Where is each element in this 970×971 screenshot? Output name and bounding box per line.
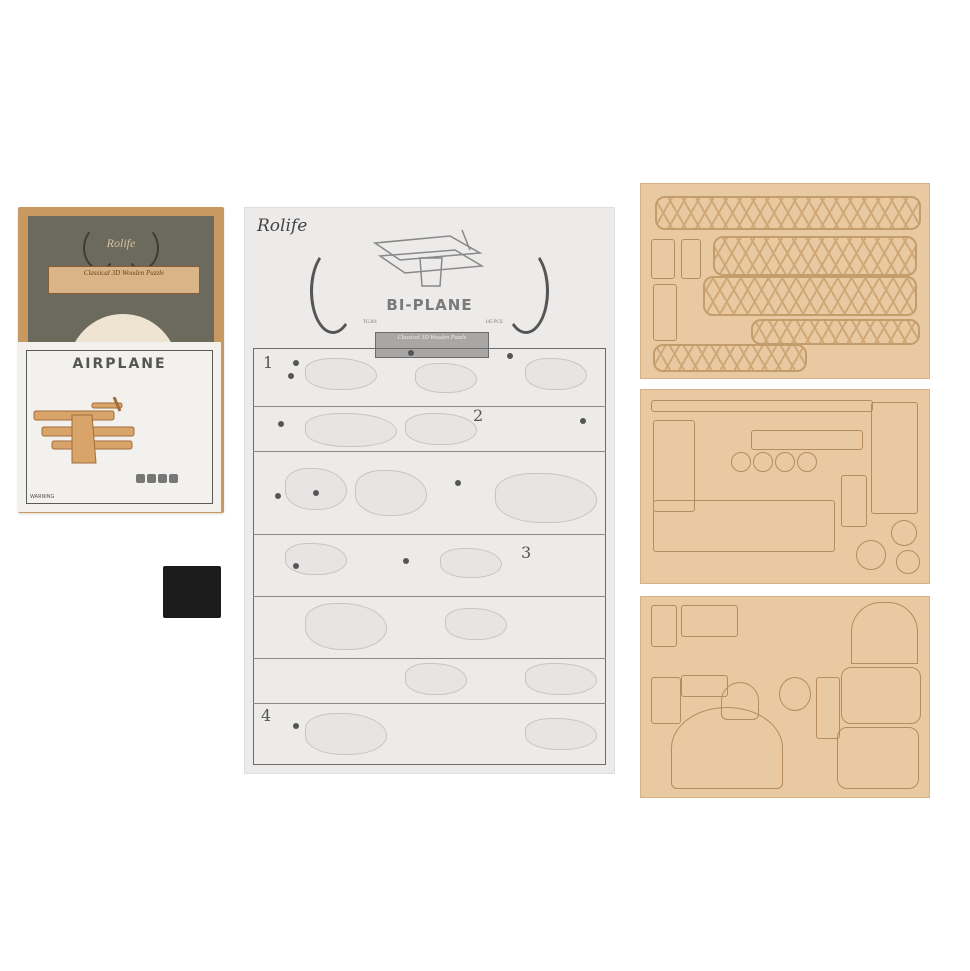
product-box: Rolife Classical 3D Wooden Puzzle AIRPLA… bbox=[18, 207, 224, 513]
slat-parts bbox=[651, 677, 681, 724]
laurel-right-icon bbox=[503, 248, 549, 334]
part-callout-dot bbox=[278, 421, 284, 427]
magnet-square bbox=[163, 566, 221, 618]
biplane-sketch-icon bbox=[370, 228, 490, 288]
wood-board-wheels bbox=[640, 389, 930, 584]
nose-part bbox=[816, 677, 840, 739]
assembly-diagram bbox=[405, 413, 477, 445]
assembly-diagram bbox=[525, 663, 597, 695]
wood-board-fuselage bbox=[640, 596, 930, 798]
tail-fin-part bbox=[651, 239, 675, 279]
frame-part bbox=[751, 430, 863, 450]
row-divider bbox=[253, 451, 606, 452]
stand-part bbox=[671, 707, 783, 789]
laurel-left-icon bbox=[310, 248, 356, 334]
part-callout-dot bbox=[403, 558, 409, 564]
part-callout-dot bbox=[455, 480, 461, 486]
airplane-model-icon bbox=[32, 397, 142, 467]
frame-part bbox=[681, 605, 738, 637]
lower-wing-part bbox=[703, 276, 917, 316]
sheet-brand-logo: Rolife bbox=[257, 216, 307, 236]
box-top-panel: Rolife Classical 3D Wooden Puzzle bbox=[28, 216, 214, 346]
piece-count: 145 PCS bbox=[485, 320, 503, 325]
part-callout-dot bbox=[275, 493, 281, 499]
assembly-diagram bbox=[285, 543, 347, 575]
row-divider bbox=[253, 658, 606, 659]
wheel-part bbox=[797, 452, 817, 472]
part-callout-dot bbox=[288, 373, 294, 379]
box-brand-logo: Rolife bbox=[28, 236, 214, 251]
sheet-title: BI-PLANE bbox=[245, 296, 614, 314]
gear-part bbox=[856, 540, 886, 570]
model-code: TG301 bbox=[363, 320, 377, 325]
wood-board-wings bbox=[640, 183, 930, 379]
box-sleeve: AIRPLANE WARNING bbox=[18, 342, 221, 512]
assembly-diagram bbox=[305, 713, 387, 755]
assembly-diagram bbox=[305, 413, 397, 447]
assembly-diagram bbox=[305, 603, 387, 650]
fuselage-strip-part bbox=[653, 284, 677, 341]
warning-label: WARNING bbox=[30, 494, 54, 500]
assembly-diagram bbox=[445, 608, 507, 640]
wheel-part bbox=[753, 452, 773, 472]
middle-wing-part bbox=[713, 236, 917, 276]
tail-plane-part bbox=[851, 602, 918, 664]
bracket-part bbox=[841, 475, 867, 527]
bracket-part bbox=[651, 605, 677, 647]
panel-part bbox=[841, 667, 921, 724]
feature-icons bbox=[136, 474, 178, 483]
part-callout-dot bbox=[313, 490, 319, 496]
wheel-part bbox=[731, 452, 751, 472]
sheet-ribbon-text: Classical 3D Wooden Puzzle bbox=[398, 335, 467, 341]
instruction-sheet: Rolife BI-PLANE TG301 145 PCS Classical … bbox=[244, 207, 615, 774]
step-number: 4 bbox=[261, 706, 271, 725]
assembly-diagram bbox=[525, 718, 597, 750]
gear-part bbox=[891, 520, 917, 546]
strut-part bbox=[751, 319, 920, 345]
upper-wing-part bbox=[655, 196, 921, 230]
propeller-part bbox=[871, 402, 918, 514]
rib-parts bbox=[653, 500, 835, 552]
assembly-diagram bbox=[525, 358, 587, 390]
row-divider bbox=[253, 703, 606, 704]
part-callout-dot bbox=[293, 563, 299, 569]
part-callout-dot bbox=[408, 350, 414, 356]
assembly-diagram bbox=[355, 470, 427, 516]
rail-part bbox=[651, 400, 873, 412]
row-divider bbox=[253, 534, 606, 535]
row-divider bbox=[253, 406, 606, 407]
step-number: 3 bbox=[521, 543, 531, 562]
assembly-diagram bbox=[405, 663, 467, 695]
box-ribbon-text: Classical 3D Wooden Puzzle bbox=[84, 269, 164, 277]
sleeve-title: AIRPLANE bbox=[18, 356, 221, 372]
assembly-diagram bbox=[305, 358, 377, 390]
strut-part bbox=[653, 420, 695, 512]
part-callout-dot bbox=[580, 418, 586, 424]
step-number: 1 bbox=[263, 353, 273, 372]
part-callout-dot bbox=[293, 360, 299, 366]
gear-part bbox=[896, 550, 920, 574]
panel-part bbox=[837, 727, 919, 789]
wheel-part bbox=[775, 452, 795, 472]
assembly-diagram bbox=[440, 548, 502, 578]
strut-part bbox=[653, 344, 807, 372]
part-callout-dot bbox=[293, 723, 299, 729]
tail-fin-part bbox=[681, 239, 701, 279]
box-ribbon: Classical 3D Wooden Puzzle bbox=[48, 266, 200, 294]
assembly-diagram bbox=[285, 468, 347, 510]
step-number: 2 bbox=[473, 406, 483, 425]
assembly-diagram bbox=[415, 363, 477, 393]
assembly-diagram bbox=[495, 473, 597, 523]
row-divider bbox=[253, 596, 606, 597]
base-part bbox=[681, 675, 728, 697]
part-callout-dot bbox=[507, 353, 513, 359]
engine-part bbox=[779, 677, 811, 711]
